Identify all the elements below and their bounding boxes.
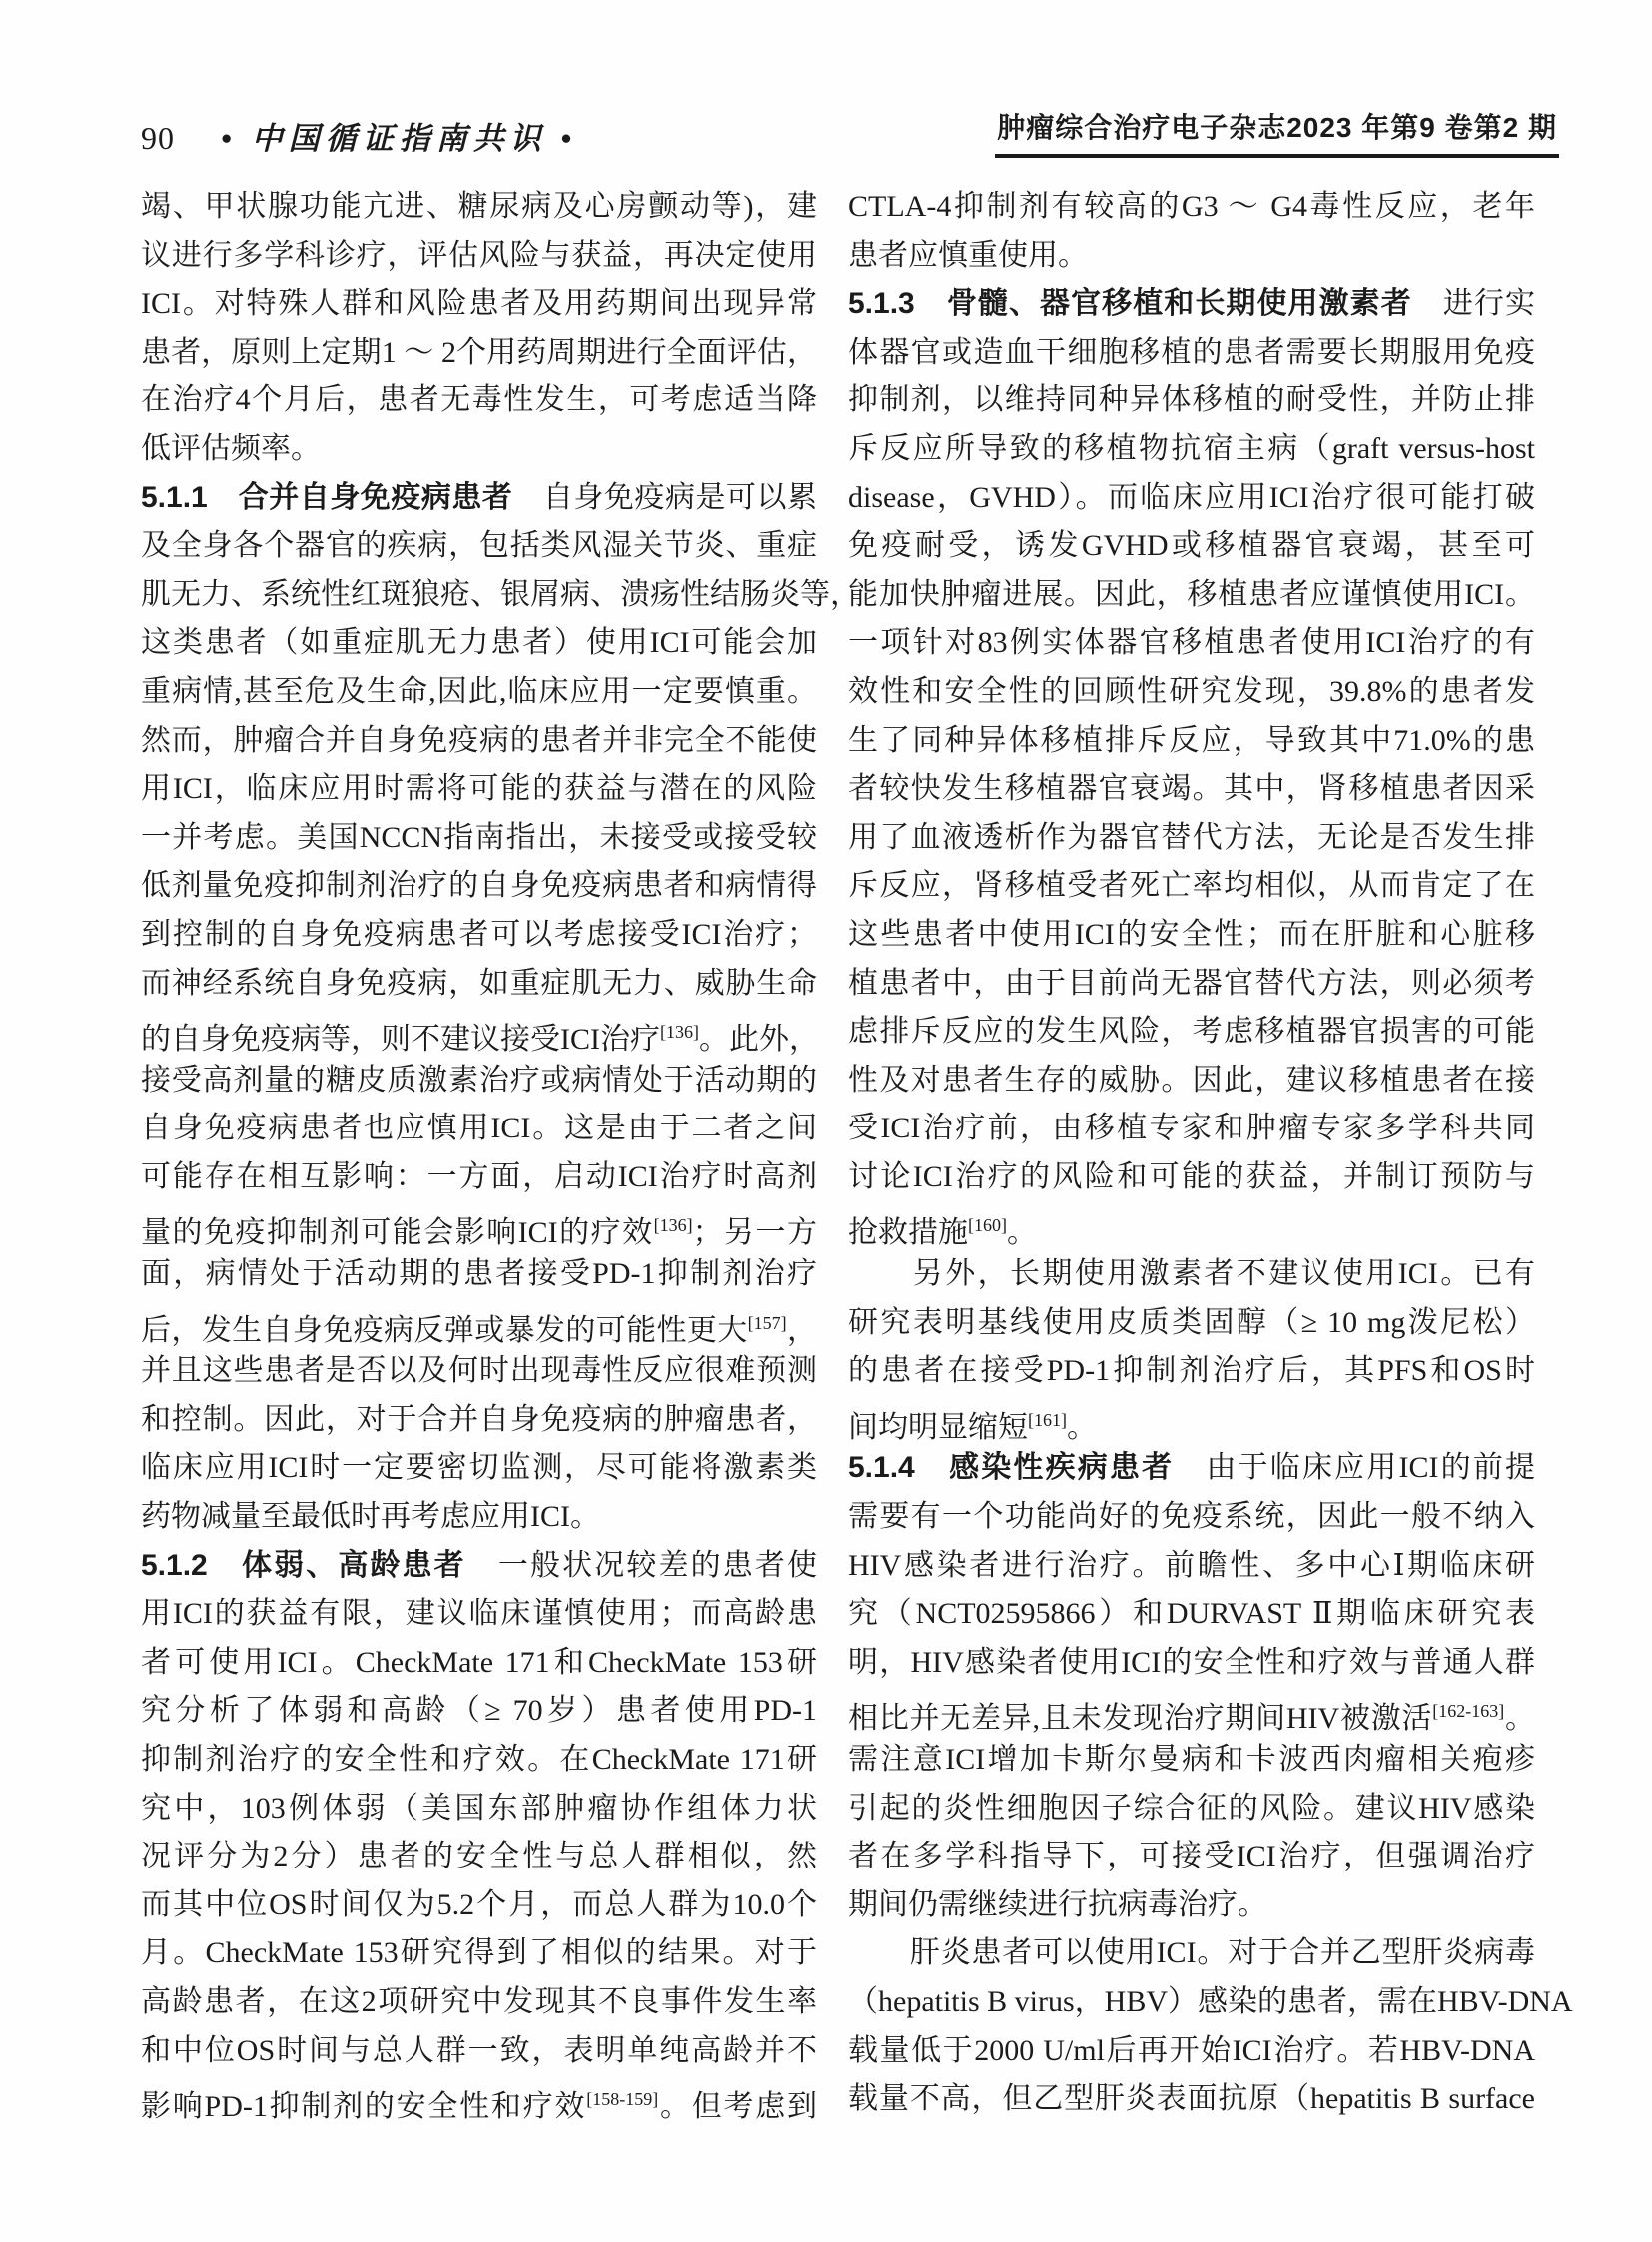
text-segment: 载量不高，但乙型肝炎表面抗原（hepatitis B surface [848,2082,1535,2115]
text-line: 受ICI治疗前，由移植专家和肿瘤专家多学科共同 [848,1105,1535,1153]
citation-reference: [162-163] [1432,1701,1504,1721]
text-segment: 抑制剂治疗的安全性和疗效。在CheckMate 171研 [141,1743,817,1776]
text-line: 研究表明基线使用皮质类固醇（≥ 10 mg泼尼松） [848,1299,1535,1348]
text-segment: 明，HIV感染者使用ICI的安全性和疗效与普通人群 [848,1646,1535,1679]
text-segment: 面，病情处于活动期的患者接受PD-1抑制剂治疗 [141,1257,817,1290]
text-segment: 用了血液透析作为器官替代方法，无论是否发生排 [848,821,1535,854]
text-line: 用了血液透析作为器官替代方法，无论是否发生排 [848,814,1535,863]
text-segment: 受ICI治疗前，由移植专家和肿瘤专家多学科共同 [848,1112,1535,1144]
text-segment: 植患者中，由于目前尚无器官替代方法，则必须考 [848,967,1535,1000]
article-body: 竭、甲状腺功能亢进、糖尿病及心房颤动等)，建议进行多学科诊疗，评估风险与获益，再… [141,183,1535,2124]
text-segment: 载量低于2000 U/ml后再开始ICI治疗。若HBV-DNA [848,2034,1535,2067]
text-line: 的患者在接受PD-1抑制剂治疗后，其PFS和OS时 [848,1347,1535,1396]
text-line: 高龄患者，在这2项研究中发现其不良事件发生率 [141,1978,817,2027]
text-segment: （hepatitis B virus，HBV）感染的患者，需在HBV-DNA [848,1985,1573,2018]
text-segment: 这些患者中使用ICI的安全性；而在肝脏和心脏移 [848,918,1535,951]
text-segment: 进行实 [1412,287,1535,320]
text-line: 究中，103例体弱（美国东部肿瘤协作组体力状 [141,1785,817,1834]
text-segment: 量的免疫抑制剂可能会影响ICI的疗效 [141,1216,654,1249]
text-segment: 影响PD-1抑制剂的安全性和疗效 [141,2090,586,2123]
text-segment: 月。CheckMate 153研究得到了相似的结果。对于 [141,1936,817,1969]
text-segment: 抑制剂，以维持同种异体移植的耐受性，并防止排 [848,383,1535,416]
text-line: 药物减量至最低时再考虑应用ICI。 [141,1493,817,1542]
text-line: 究分析了体弱和高龄（≥ 70岁）患者使用PD-1 [141,1687,817,1736]
text-segment: 。此外， [699,1023,819,1056]
text-line: 载量不高，但乙型肝炎表面抗原（hepatitis B surface [848,2075,1535,2124]
text-line: 及全身各个器官的疾病，包括类风湿关节炎、重症 [141,522,817,571]
text-line: 性及对患者生存的威胁。因此，建议移植患者在接 [848,1057,1535,1106]
text-segment: 肝炎患者可以使用ICI。对于合并乙型肝炎病毒 [848,1936,1535,1969]
text-line: 需注意ICI增加卡斯尔曼病和卡波西肉瘤相关疱疹 [848,1736,1535,1785]
citation-reference: [161] [1028,1410,1067,1430]
page-header: 90 • 中国循证指南共识 • 肿瘤综合治疗电子杂志2023 年第9 卷第2 期 [141,106,1559,158]
text-line: 量的免疫抑制剂可能会影响ICI的疗效[136]；另一方 [141,1201,817,1250]
text-segment: 一般状况较差的患者使 [466,1549,817,1582]
text-line: 者较快发生移植器官衰竭。其中，肾移植患者因采 [848,765,1535,814]
text-segment: 斥反应所导致的移植物抗宿主病（graft versus-host [848,432,1535,465]
text-segment: 自身免疫病是可以累 [512,481,817,514]
text-segment: 研究表明基线使用皮质类固醇（≥ 10 mg泼尼松） [848,1306,1535,1339]
text-segment: 然而，肿瘤合并自身免疫病的患者并非完全不能使 [141,724,817,757]
text-line: 用ICI的获益有限，建议临床谨慎使用；而高龄患 [141,1590,817,1639]
text-segment: 药物减量至最低时再考虑应用ICI。 [141,1500,600,1533]
text-segment: CTLA-4抑制剂有较高的G3 ～ G4毒性反应，老年 [848,190,1535,223]
text-line: 能加快肿瘤进展。因此，移植患者应谨慎使用ICI。 [848,571,1535,620]
text-segment: 引起的炎性细胞因子综合征的风险。建议HIV感染 [848,1792,1535,1825]
text-line: 5.1.1 合并自身免疫病患者 自身免疫病是可以累 [141,474,817,523]
text-line: 月。CheckMate 153研究得到了相似的结果。对于 [141,1929,817,1978]
text-line: 者在多学科指导下，可接受ICI治疗，但强调治疗 [848,1833,1535,1881]
text-line: 引起的炎性细胞因子综合征的风险。建议HIV感染 [848,1785,1535,1834]
text-line: 5.1.4 感染性疾病患者 由于临床应用ICI的前提 [848,1444,1535,1493]
citation-reference: [160] [968,1215,1007,1235]
text-segment: 免疫耐受，诱发GVHD或移植器官衰竭，甚至可 [848,529,1535,562]
text-segment: 究（NCT02595866）和DURVAST Ⅱ期临床研究表 [848,1597,1535,1630]
text-line: 5.1.2 体弱、高龄患者 一般状况较差的患者使 [141,1542,817,1591]
left-column: 竭、甲状腺功能亢进、糖尿病及心房颤动等)，建议进行多学科诊疗，评估风险与获益，再… [141,183,817,2124]
text-line: 抑制剂，以维持同种异体移植的耐受性，并防止排 [848,376,1535,425]
text-line: 斥反应，肾移植受者死亡率均相似，从而肯定了在 [848,862,1535,911]
text-segment: 性及对患者生存的威胁。因此，建议移植患者在接 [848,1064,1535,1097]
text-segment: 斥反应，肾移植受者死亡率均相似，从而肯定了在 [848,869,1535,902]
text-line: 重病情,甚至危及生命,因此,临床应用一定要慎重。 [141,668,817,717]
text-line: 5.1.3 骨髓、器官移植和长期使用激素者 进行实 [848,280,1535,329]
text-segment: 者可使用ICI。CheckMate 171和CheckMate 153研 [141,1646,817,1679]
text-line: 生了同种异体移植排斥反应，导致其中71.0%的患 [848,717,1535,766]
text-line: 而神经系统自身免疫病，如重症肌无力、威胁生命 [141,960,817,1009]
text-segment: 。 [1067,1411,1097,1444]
text-line: 这类患者（如重症肌无力患者）使用ICI可能会加 [141,619,817,668]
text-segment: 究中，103例体弱（美国东部肿瘤协作组体力状 [141,1792,817,1825]
text-line: 明，HIV感染者使用ICI的安全性和疗效与普通人群 [848,1639,1535,1688]
page-number: 90 [141,120,175,157]
text-line: 自身免疫病患者也应慎用ICI。这是由于二者之间 [141,1105,817,1153]
text-segment: 并且这些患者是否以及何时出现毒性反应很难预测 [141,1354,817,1387]
text-segment: 由于临床应用ICI的前提 [1174,1451,1535,1484]
text-segment: ， [787,1314,817,1347]
text-line: 患者应慎重使用。 [848,232,1535,281]
text-line: （hepatitis B virus，HBV）感染的患者，需在HBV-DNA [848,1978,1535,2027]
text-line: 用ICI，临床应用时需将可能的获益与潜在的风险 [141,765,817,814]
text-segment: 低剂量免疫抑制剂治疗的自身免疫病患者和病情得 [141,869,817,902]
text-line: 低评估频率。 [141,425,817,474]
citation-reference: [158-159] [586,2089,658,2109]
text-segment: 的患者在接受PD-1抑制剂治疗后，其PFS和OS时 [848,1354,1535,1387]
text-segment: 可能存在相互影响：一方面，启动ICI治疗时高剂 [141,1160,817,1193]
text-segment: 抢救措施 [848,1216,968,1249]
text-line: 另外，长期使用激素者不建议使用ICI。已有 [848,1250,1535,1299]
section-heading: 5.1.3 骨髓、器官移植和长期使用激素者 [848,287,1412,320]
text-line: 抢救措施[160]。 [848,1201,1535,1250]
text-line: 接受高剂量的糖皮质激素治疗或病情处于活动期的 [141,1057,817,1106]
text-line: 期间仍需继续进行抗病毒治疗。 [848,1881,1535,1930]
citation-reference: [157] [748,1313,787,1333]
text-line: 临床应用ICI时一定要密切监测，尽可能将激素类 [141,1444,817,1493]
text-segment: 竭、甲状腺功能亢进、糖尿病及心房颤动等)，建 [141,190,817,223]
text-segment: 。但考虑到 [658,2090,817,2123]
text-line: 一项针对83例实体器官移植患者使用ICI治疗的有 [848,619,1535,668]
text-segment: 究分析了体弱和高龄（≥ 70岁）患者使用PD-1 [141,1694,817,1727]
citation-reference: [136] [660,1022,699,1042]
text-segment: 需要有一个功能尚好的免疫系统，因此一般不纳入 [848,1500,1535,1533]
text-line: 肌无力、系统性红斑狼疮、银屑病、溃疡性结肠炎等， [141,571,817,620]
text-line: ICI。对特殊人群和风险患者及用药期间出现异常 [141,280,817,329]
text-segment: ICI。对特殊人群和风险患者及用药期间出现异常 [141,287,817,320]
text-segment: 患者应慎重使用。 [848,239,1088,272]
text-segment: 讨论ICI治疗的风险和可能的获益，并制订预防与 [848,1160,1535,1193]
text-segment: 在治疗4个月后，患者无毒性发生，可考虑适当降 [141,383,817,416]
text-line: 体器官或造血干细胞移植的患者需要长期服用免疫 [848,329,1535,377]
text-line: 者可使用ICI。CheckMate 171和CheckMate 153研 [141,1639,817,1688]
journal-issue-info: 肿瘤综合治疗电子杂志2023 年第9 卷第2 期 [995,106,1559,158]
text-line: 抑制剂治疗的安全性和疗效。在CheckMate 171研 [141,1736,817,1785]
text-line: disease，GVHD）。而临床应用ICI治疗很可能打破 [848,474,1535,523]
text-line: 效性和安全性的回顾性研究发现，39.8%的患者发 [848,668,1535,717]
text-segment: 生了同种异体移植排斥反应，导致其中71.0%的患 [848,724,1535,757]
text-segment: 体器官或造血干细胞移植的患者需要长期服用免疫 [848,336,1535,369]
text-line: 这些患者中使用ICI的安全性；而在肝脏和心脏移 [848,911,1535,960]
text-segment: 能加快肿瘤进展。因此，移植患者应谨慎使用ICI。 [848,578,1535,611]
text-segment: 临床应用ICI时一定要密切监测，尽可能将激素类 [141,1451,817,1484]
text-line: 可能存在相互影响：一方面，启动ICI治疗时高剂 [141,1153,817,1202]
text-segment: 的自身免疫病等，则不建议接受ICI治疗 [141,1023,660,1056]
header-left: 90 • 中国循证指南共识 • [141,113,577,158]
text-segment: 相比并无差异,且未发现治疗期间HIV被激活 [848,1702,1432,1735]
text-line: 并且这些患者是否以及何时出现毒性反应很难预测 [141,1347,817,1396]
text-line: 间均明显缩短[161]。 [848,1396,1535,1445]
section-heading: 5.1.2 体弱、高龄患者 [141,1549,466,1582]
text-segment: 用ICI，临床应用时需将可能的获益与潜在的风险 [141,772,817,805]
text-line: 后，发生自身免疫病反弹或暴发的可能性更大[157]， [141,1299,817,1348]
text-segment: 而其中位OS时间仅为5.2个月，而总人群为10.0个 [141,1888,817,1921]
text-segment: 及全身各个器官的疾病，包括类风湿关节炎、重症 [141,529,817,562]
text-segment: 需注意ICI增加卡斯尔曼病和卡波西肉瘤相关疱疹 [848,1743,1535,1776]
text-line: CTLA-4抑制剂有较高的G3 ～ G4毒性反应，老年 [848,183,1535,232]
text-segment: 者较快发生移植器官衰竭。其中，肾移植患者因采 [848,772,1535,805]
text-line: 的自身免疫病等，则不建议接受ICI治疗[136]。此外， [141,1008,817,1057]
text-segment: 议进行多学科诊疗，评估风险与获益，再决定使用 [141,239,817,272]
text-segment: HIV感染者进行治疗。前瞻性、多中心Ⅰ期临床研 [848,1549,1535,1582]
text-segment: 间均明显缩短 [848,1411,1028,1444]
text-line: 面，病情处于活动期的患者接受PD-1抑制剂治疗 [141,1250,817,1299]
text-line: 竭、甲状腺功能亢进、糖尿病及心房颤动等)，建 [141,183,817,232]
text-line: 而其中位OS时间仅为5.2个月，而总人群为10.0个 [141,1881,817,1930]
text-segment: 患者，原则上定期1 ～ 2个用药周期进行全面评估， [141,336,817,369]
section-heading: 5.1.1 合并自身免疫病患者 [141,481,512,514]
text-segment: 肌无力、系统性红斑狼疮、银屑病、溃疡性结肠炎等， [141,578,860,611]
text-line: 影响PD-1抑制剂的安全性和疗效[158-159]。但考虑到 [141,2075,817,2124]
text-line: 肝炎患者可以使用ICI。对于合并乙型肝炎病毒 [848,1929,1535,1978]
text-segment: 自身免疫病患者也应慎用ICI。这是由于二者之间 [141,1112,817,1144]
text-line: 到控制的自身免疫病患者可以考虑接受ICI治疗； [141,911,817,960]
journal-section-title: • 中国循证指南共识 • [221,113,577,158]
text-line: 和控制。因此，对于合并自身免疫病的肿瘤患者， [141,1396,817,1445]
text-segment: ；另一方 [693,1216,817,1249]
text-segment: 这类患者（如重症肌无力患者）使用ICI可能会加 [141,626,817,659]
text-segment: 。 [1504,1702,1535,1735]
text-line: 在治疗4个月后，患者无毒性发生，可考虑适当降 [141,376,817,425]
text-line: 然而，肿瘤合并自身免疫病的患者并非完全不能使 [141,717,817,766]
text-line: 患者，原则上定期1 ～ 2个用药周期进行全面评估， [141,329,817,377]
text-line: 况评分为2分）患者的安全性与总人群相似，然 [141,1833,817,1881]
journal-page: 90 • 中国循证指南共识 • 肿瘤综合治疗电子杂志2023 年第9 卷第2 期… [0,0,1652,2242]
text-line: 植患者中，由于目前尚无器官替代方法，则必须考 [848,960,1535,1009]
text-segment: 和控制。因此，对于合并自身免疫病的肿瘤患者， [141,1403,817,1436]
text-line: HIV感染者进行治疗。前瞻性、多中心Ⅰ期临床研 [848,1542,1535,1591]
text-line: 虑排斥反应的发生风险，考虑移植器官损害的可能 [848,1008,1535,1057]
text-segment: 用ICI的获益有限，建议临床谨慎使用；而高龄患 [141,1597,817,1630]
text-segment: 低评估频率。 [141,432,321,465]
text-segment: 。 [1007,1216,1037,1249]
section-heading: 5.1.4 感染性疾病患者 [848,1451,1174,1484]
text-segment: 另外，长期使用激素者不建议使用ICI。已有 [848,1257,1535,1290]
text-segment: 者在多学科指导下，可接受ICI治疗，但强调治疗 [848,1840,1535,1872]
text-segment: 高龄患者，在这2项研究中发现其不良事件发生率 [141,1985,817,2018]
text-line: 和中位OS时间与总人群一致，表明单纯高龄并不 [141,2027,817,2076]
text-segment: 期间仍需继续进行抗病毒治疗。 [848,1888,1267,1921]
text-line: 一并考虑。美国NCCN指南指出，未接受或接受较 [141,814,817,863]
text-line: 相比并无差异,且未发现治疗期间HIV被激活[162-163]。 [848,1687,1535,1736]
text-line: 载量低于2000 U/ml后再开始ICI治疗。若HBV-DNA [848,2027,1535,2076]
text-segment: 后，发生自身免疫病反弹或暴发的可能性更大 [141,1314,748,1347]
text-segment: 一项针对83例实体器官移植患者使用ICI治疗的有 [848,626,1535,659]
text-line: 讨论ICI治疗的风险和可能的获益，并制订预防与 [848,1153,1535,1202]
text-segment: 虑排斥反应的发生风险，考虑移植器官损害的可能 [848,1015,1535,1048]
text-segment: 况评分为2分）患者的安全性与总人群相似，然 [141,1840,817,1872]
text-line: 究（NCT02595866）和DURVAST Ⅱ期临床研究表 [848,1590,1535,1639]
text-segment: 一并考虑。美国NCCN指南指出，未接受或接受较 [141,821,817,854]
text-line: 需要有一个功能尚好的免疫系统，因此一般不纳入 [848,1493,1535,1542]
text-line: 斥反应所导致的移植物抗宿主病（graft versus-host [848,425,1535,474]
text-segment: 和中位OS时间与总人群一致，表明单纯高龄并不 [141,2034,817,2067]
text-line: 议进行多学科诊疗，评估风险与获益，再决定使用 [141,232,817,281]
text-segment: 效性和安全性的回顾性研究发现，39.8%的患者发 [848,675,1535,708]
text-segment: disease，GVHD）。而临床应用ICI治疗很可能打破 [848,481,1535,514]
right-column: CTLA-4抑制剂有较高的G3 ～ G4毒性反应，老年患者应慎重使用。5.1.3… [848,183,1535,2124]
text-segment: 重病情,甚至危及生命,因此,临床应用一定要慎重。 [141,675,817,708]
header-right: 肿瘤综合治疗电子杂志2023 年第9 卷第2 期 [995,106,1559,158]
text-segment: 接受高剂量的糖皮质激素治疗或病情处于活动期的 [141,1064,817,1097]
citation-reference: [136] [654,1215,693,1235]
text-line: 免疫耐受，诱发GVHD或移植器官衰竭，甚至可 [848,522,1535,571]
text-segment: 到控制的自身免疫病患者可以考虑接受ICI治疗； [141,918,817,951]
text-line: 低剂量免疫抑制剂治疗的自身免疫病患者和病情得 [141,862,817,911]
text-segment: 而神经系统自身免疫病，如重症肌无力、威胁生命 [141,967,817,1000]
